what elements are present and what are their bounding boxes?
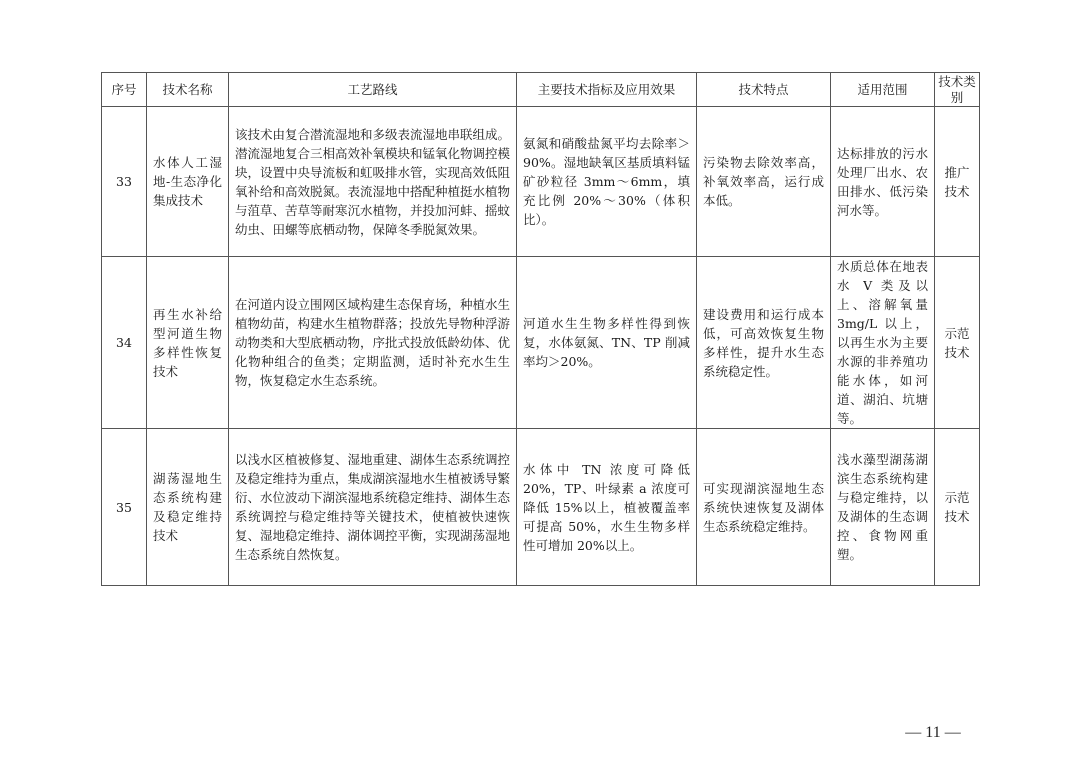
features: 建设费用和运行成本低，可高效恢复生物多样性，提升水生态系统稳定性。 bbox=[697, 257, 831, 429]
header-features: 技术特点 bbox=[697, 73, 831, 107]
table-row: 35 湖荡湿地生态系统构建及稳定维持技术 以浅水区植被修复、湿地重建、湖体生态系… bbox=[102, 429, 980, 586]
table-row: 33 水体人工湿地-生态净化集成技术 该技术由复合潜流湿地和多级表流湿地串联组成… bbox=[102, 107, 980, 257]
row-number: 33 bbox=[102, 107, 147, 257]
header-name: 技术名称 bbox=[147, 73, 229, 107]
scope: 水质总体在地表水 V 类及以上、溶解氧量 3mg/L 以上，以再生水为主要水源的… bbox=[831, 257, 935, 429]
tech-name: 再生水补给型河道生物多样性恢复技术 bbox=[147, 257, 229, 429]
header-process: 工艺路线 bbox=[229, 73, 517, 107]
scope: 浅水藻型湖荡湖滨生态系统构建与稳定维持，以及湖体的生态调控、食物网重塑。 bbox=[831, 429, 935, 586]
process-route: 以浅水区植被修复、湿地重建、湖体生态系统调控及稳定维持为重点，集成湖滨湿地水生植… bbox=[229, 429, 517, 586]
tech-name: 湖荡湿地生态系统构建及稳定维持技术 bbox=[147, 429, 229, 586]
indicators: 河道水生生物多样性得到恢复，水体氨氮、TN、TP 削减率均＞20%。 bbox=[517, 257, 697, 429]
row-number: 35 bbox=[102, 429, 147, 586]
header-indicators: 主要技术指标及应用效果 bbox=[517, 73, 697, 107]
header-no: 序号 bbox=[102, 73, 147, 107]
category: 示范技术 bbox=[935, 429, 980, 586]
technology-table: 序号 技术名称 工艺路线 主要技术指标及应用效果 技术特点 适用范围 技术类别 … bbox=[101, 72, 980, 586]
category: 推广技术 bbox=[935, 107, 980, 257]
row-number: 34 bbox=[102, 257, 147, 429]
header-row: 序号 技术名称 工艺路线 主要技术指标及应用效果 技术特点 适用范围 技术类别 bbox=[102, 73, 980, 107]
category: 示范技术 bbox=[935, 257, 980, 429]
table-row: 34 再生水补给型河道生物多样性恢复技术 在河道内设立围网区域构建生态保育场，种… bbox=[102, 257, 980, 429]
header-category: 技术类别 bbox=[935, 73, 980, 107]
indicators: 氨氮和硝酸盐氮平均去除率＞90%。湿地缺氧区基质填料锰矿砂粒径 3mm～6mm，… bbox=[517, 107, 697, 257]
process-route: 该技术由复合潜流湿地和多级表流湿地串联组成。潜流湿地复合三相高效补氧模块和锰氧化… bbox=[229, 107, 517, 257]
features: 可实现湖滨湿地生态系统快速恢复及湖体生态系统稳定维持。 bbox=[697, 429, 831, 586]
scope: 达标排放的污水处理厂出水、农田排水、低污染河水等。 bbox=[831, 107, 935, 257]
page-number: — 11 — bbox=[888, 724, 978, 742]
indicators: 水体中 TN 浓度可降低 20%，TP、叶绿素 a 浓度可降低 15%以上，植被… bbox=[517, 429, 697, 586]
tech-name: 水体人工湿地-生态净化集成技术 bbox=[147, 107, 229, 257]
header-scope: 适用范围 bbox=[831, 73, 935, 107]
process-route: 在河道内设立围网区域构建生态保育场，种植水生植物幼苗，构建水生植物群落；投放先导… bbox=[229, 257, 517, 429]
features: 污染物去除效率高，补氧效率高，运行成本低。 bbox=[697, 107, 831, 257]
